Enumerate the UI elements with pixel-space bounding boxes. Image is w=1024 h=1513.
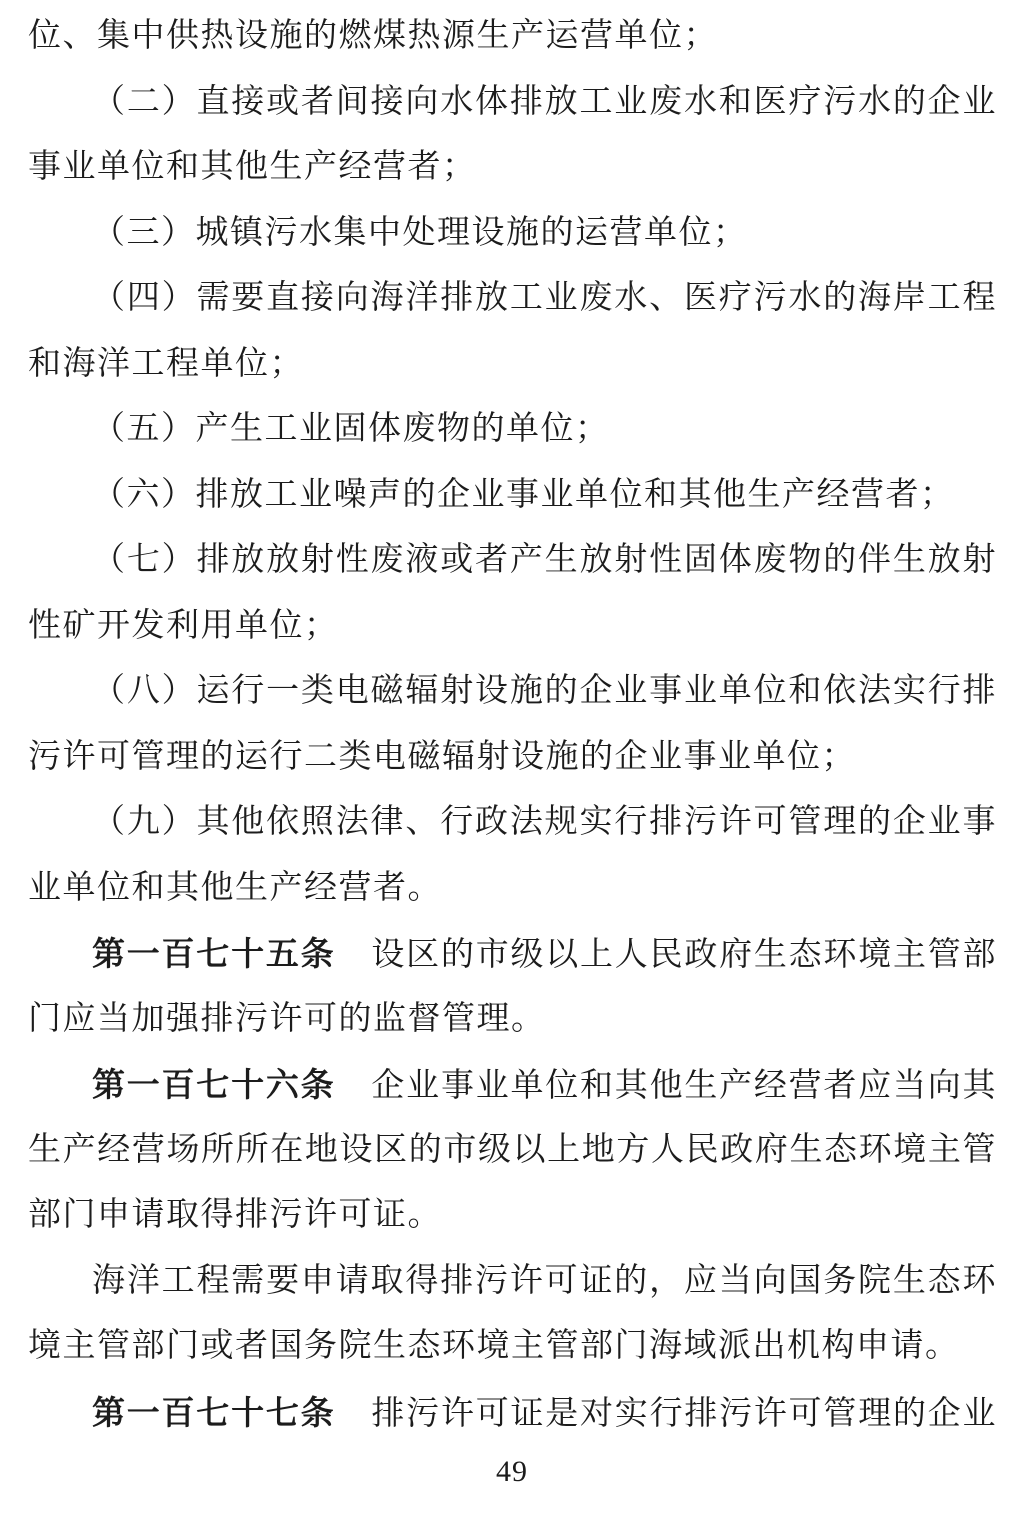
document-body: 位、集中供热设施的燃煤热源生产运营单位；（二）直接或者间接向水体排放工业废水和医… — [28, 4, 997, 1445]
line-text: （三）城镇污水集中处理设施的运营单位； — [92, 215, 748, 251]
text-line: 第一百七十六条企业事业单位和其他生产经营者应当向其 — [28, 1052, 997, 1118]
text-line: （二）直接或者间接向水体排放工业废水和医疗污水的企业 — [28, 70, 997, 136]
line-text: 事业单位和其他生产经营者； — [28, 149, 477, 185]
text-line: （五）产生工业固体废物的单位； — [28, 397, 997, 463]
text-line: 事业单位和其他生产经营者； — [28, 135, 997, 201]
line-text: 门应当加强排污许可的监督管理。 — [28, 1001, 546, 1037]
text-line: 生产经营场所所在地设区的市级以上地方人民政府生态环境主管 — [28, 1118, 997, 1184]
line-text: （六）排放工业噪声的企业事业单位和其他生产经营者； — [92, 477, 955, 513]
text-line: 第一百七十五条设区的市级以上人民政府生态环境主管部 — [28, 921, 997, 987]
line-text: 境主管部门或者国务院生态环境主管部门海域派出机构申请。 — [28, 1328, 960, 1364]
text-line: 性矿开发利用单位； — [28, 594, 997, 660]
line-text: （九）其他依照法律、行政法规实行排污许可管理的企业事 — [92, 804, 997, 840]
line-text: （七）排放放射性废液或者产生放射性固体废物的伴生放射 — [92, 542, 997, 578]
text-line: 第一百七十七条排污许可证是对实行排污许可管理的企业 — [28, 1380, 997, 1446]
text-line: （八）运行一类电磁辐射设施的企业事业单位和依法实行排 — [28, 659, 997, 725]
document-page: 位、集中供热设施的燃煤热源生产运营单位；（二）直接或者间接向水体排放工业废水和医… — [0, 0, 1024, 1513]
line-text: 位、集中供热设施的燃煤热源生产运营单位； — [28, 18, 718, 54]
article-number: 第一百七十七条 — [92, 1394, 335, 1431]
article-number: 第一百七十五条 — [92, 935, 335, 972]
line-text: 和海洋工程单位； — [28, 346, 304, 382]
line-text: （八）运行一类电磁辐射设施的企业事业单位和依法实行排 — [92, 673, 997, 709]
line-text: （五）产生工业固体废物的单位； — [92, 411, 610, 447]
article-number: 第一百七十六条 — [92, 1066, 335, 1103]
line-text: （四）需要直接向海洋排放工业废水、医疗污水的海岸工程 — [92, 280, 997, 316]
text-line: 污许可管理的运行二类电磁辐射设施的企业事业单位； — [28, 725, 997, 791]
text-line: （三）城镇污水集中处理设施的运营单位； — [28, 201, 997, 267]
text-line: （六）排放工业噪声的企业事业单位和其他生产经营者； — [28, 463, 997, 529]
text-line: 海洋工程需要申请取得排污许可证的，应当向国务院生态环 — [28, 1249, 997, 1315]
line-text: 业单位和其他生产经营者。 — [28, 870, 442, 906]
text-line: （四）需要直接向海洋排放工业废水、医疗污水的海岸工程 — [28, 266, 997, 332]
line-text: 排污许可证是对实行排污许可管理的企业 — [371, 1396, 997, 1432]
page-number: 49 — [0, 1455, 1024, 1489]
line-text: 企业事业单位和其他生产经营者应当向其 — [371, 1068, 997, 1104]
text-line: （七）排放放射性废液或者产生放射性固体废物的伴生放射 — [28, 528, 997, 594]
line-text: 设区的市级以上人民政府生态环境主管部 — [371, 937, 997, 973]
text-line: 业单位和其他生产经营者。 — [28, 856, 997, 922]
line-text: 海洋工程需要申请取得排污许可证的，应当向国务院生态环 — [92, 1263, 997, 1299]
text-line: 和海洋工程单位； — [28, 332, 997, 398]
text-line: 部门申请取得排污许可证。 — [28, 1183, 997, 1249]
text-line: 门应当加强排污许可的监督管理。 — [28, 987, 997, 1053]
line-text: 性矿开发利用单位； — [28, 608, 339, 644]
text-line: 境主管部门或者国务院生态环境主管部门海域派出机构申请。 — [28, 1314, 997, 1380]
line-text: 生产经营场所所在地设区的市级以上地方人民政府生态环境主管 — [28, 1132, 997, 1168]
line-text: 部门申请取得排污许可证。 — [28, 1197, 442, 1233]
line-text: （二）直接或者间接向水体排放工业废水和医疗污水的企业 — [92, 84, 997, 120]
line-text: 污许可管理的运行二类电磁辐射设施的企业事业单位； — [28, 739, 856, 775]
text-line: 位、集中供热设施的燃煤热源生产运营单位； — [28, 4, 997, 70]
text-line: （九）其他依照法律、行政法规实行排污许可管理的企业事 — [28, 790, 997, 856]
